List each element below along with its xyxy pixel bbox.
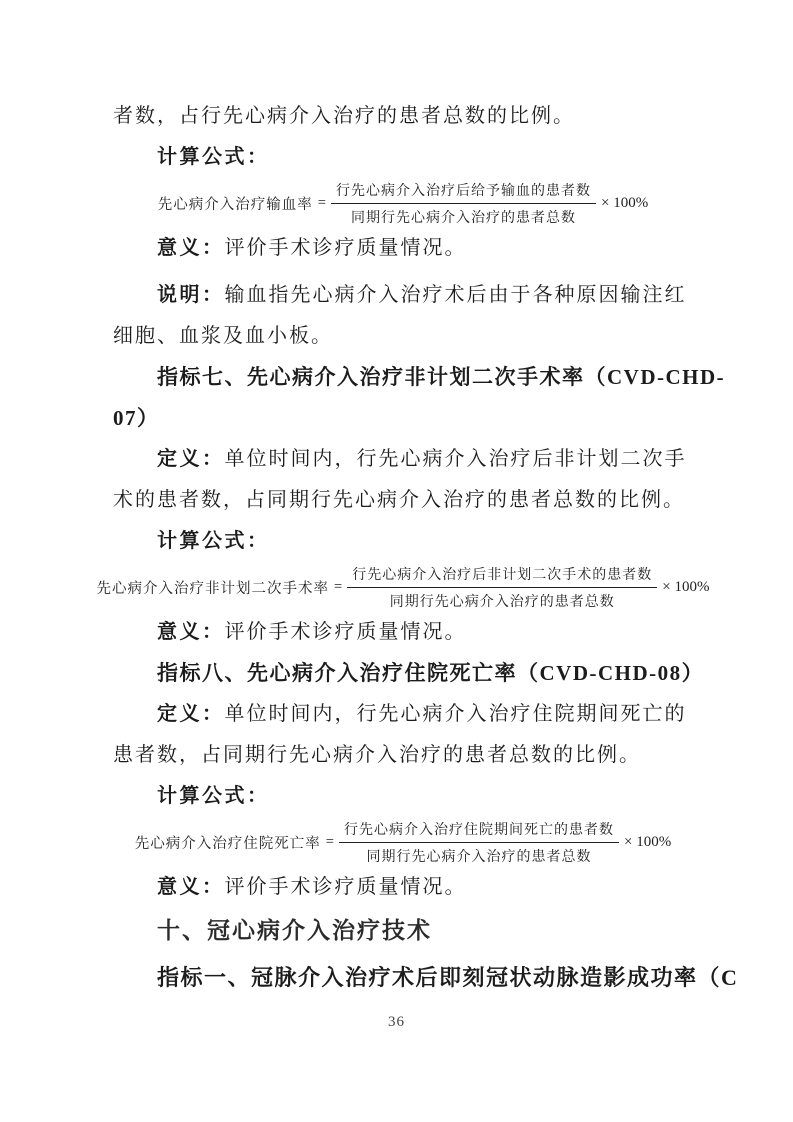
formula-transfusion-rate: 先心病介入治疗输血率 = 行先心病介入治疗后给予输血的患者数 同期行先心病介入治… bbox=[113, 178, 693, 228]
fraction: 行先心病介入治疗住院期间死亡的患者数 同期行先心病介入治疗的患者总数 bbox=[339, 819, 619, 866]
meaning-line: 意义：评价手术诊疗质量情况。 bbox=[113, 612, 693, 653]
note-text-1: 输血指先心病介入治疗术后由于各种原因输注红 bbox=[225, 284, 687, 306]
meaning-label: 意义： bbox=[157, 876, 225, 898]
page-number: 36 bbox=[0, 1014, 793, 1031]
definition-line-1: 定义：单位时间内，行先心病介入治疗住院期间死亡的 bbox=[113, 694, 693, 735]
formula-unplanned-reoperation-rate: 先心病介入治疗非计划二次手术率 = 行先心病介入治疗后非计划二次手术的患者数 同… bbox=[113, 562, 693, 612]
meaning-label: 意义： bbox=[157, 237, 225, 259]
formula-label: 计算公式： bbox=[113, 776, 693, 817]
indicator8-title: 指标八、先心病介入治疗住院死亡率（CVD-CHD-08） bbox=[113, 653, 693, 694]
formula-lhs: 先心病介入治疗非计划二次手术率 bbox=[97, 577, 330, 598]
meaning-text: 评价手术诊疗质量情况。 bbox=[225, 237, 467, 259]
meaning-label: 意义： bbox=[157, 621, 225, 643]
definition-text-1: 单位时间内，行先心病介入治疗后非计划二次手 bbox=[225, 448, 687, 470]
note-line-1: 说明：输血指先心病介入治疗术后由于各种原因输注红 bbox=[113, 275, 693, 316]
paragraph-continuation: 者数，占行先心病介入治疗的患者总数的比例。 bbox=[113, 96, 693, 137]
fraction-denominator: 同期行先心病介入治疗的患者总数 bbox=[331, 204, 596, 227]
formula-lhs: 先心病介入治疗输血率 bbox=[158, 193, 313, 214]
fraction-numerator: 行先心病介入治疗后非计划二次手术的患者数 bbox=[347, 564, 657, 588]
definition-line-1: 定义：单位时间内，行先心病介入治疗后非计划二次手 bbox=[113, 439, 693, 480]
meaning-line: 意义：评价手术诊疗质量情况。 bbox=[113, 867, 693, 908]
multiplier: × 100% bbox=[601, 195, 648, 212]
fraction-numerator: 行先心病介入治疗后给予输血的患者数 bbox=[331, 180, 596, 204]
definition-label: 定义： bbox=[157, 703, 225, 725]
meaning-text: 评价手术诊疗质量情况。 bbox=[225, 876, 467, 898]
section-heading-coronary: 十、冠心病介入治疗技术 bbox=[113, 908, 693, 952]
next-indicator-title: 指标一、冠脉介入治疗术后即刻冠状动脉造影成功率（C bbox=[113, 956, 693, 1000]
formula-label: 计算公式： bbox=[113, 137, 693, 178]
fraction-numerator: 行先心病介入治疗住院期间死亡的患者数 bbox=[339, 819, 619, 843]
meaning-line: 意义：评价手术诊疗质量情况。 bbox=[113, 228, 693, 269]
fraction-denominator: 同期行先心病介入治疗的患者总数 bbox=[339, 843, 619, 866]
indicator7-title-line1: 指标七、先心病介入治疗非计划二次手术率（CVD-CHD- bbox=[113, 357, 693, 398]
meaning-text: 评价手术诊疗质量情况。 bbox=[225, 621, 467, 643]
definition-line-2: 患者数，占同期行先心病介入治疗的患者总数的比例。 bbox=[113, 735, 693, 776]
definition-line-2: 术的患者数，占同期行先心病介入治疗的患者总数的比例。 bbox=[113, 480, 693, 521]
equals-sign: = bbox=[334, 579, 342, 596]
document-page: 者数，占行先心病介入治疗的患者总数的比例。 计算公式： 先心病介入治疗输血率 =… bbox=[0, 0, 793, 1122]
note-line-2: 细胞、血浆及血小板。 bbox=[113, 316, 693, 357]
multiplier: × 100% bbox=[662, 579, 709, 596]
note-label: 说明： bbox=[157, 284, 225, 306]
formula-label: 计算公式： bbox=[113, 521, 693, 562]
definition-label: 定义： bbox=[157, 448, 225, 470]
multiplier: × 100% bbox=[624, 834, 671, 851]
fraction: 行先心病介入治疗后给予输血的患者数 同期行先心病介入治疗的患者总数 bbox=[331, 180, 596, 227]
fraction-denominator: 同期行先心病介入治疗的患者总数 bbox=[347, 588, 657, 611]
equals-sign: = bbox=[318, 195, 326, 212]
fraction: 行先心病介入治疗后非计划二次手术的患者数 同期行先心病介入治疗的患者总数 bbox=[347, 564, 657, 611]
definition-text-1: 单位时间内，行先心病介入治疗住院期间死亡的 bbox=[225, 703, 687, 725]
formula-inhospital-mortality-rate: 先心病介入治疗住院死亡率 = 行先心病介入治疗住院期间死亡的患者数 同期行先心病… bbox=[113, 817, 693, 867]
formula-lhs: 先心病介入治疗住院死亡率 bbox=[135, 832, 321, 853]
indicator7-title-line2: 07） bbox=[113, 398, 693, 439]
equals-sign: = bbox=[326, 834, 334, 851]
